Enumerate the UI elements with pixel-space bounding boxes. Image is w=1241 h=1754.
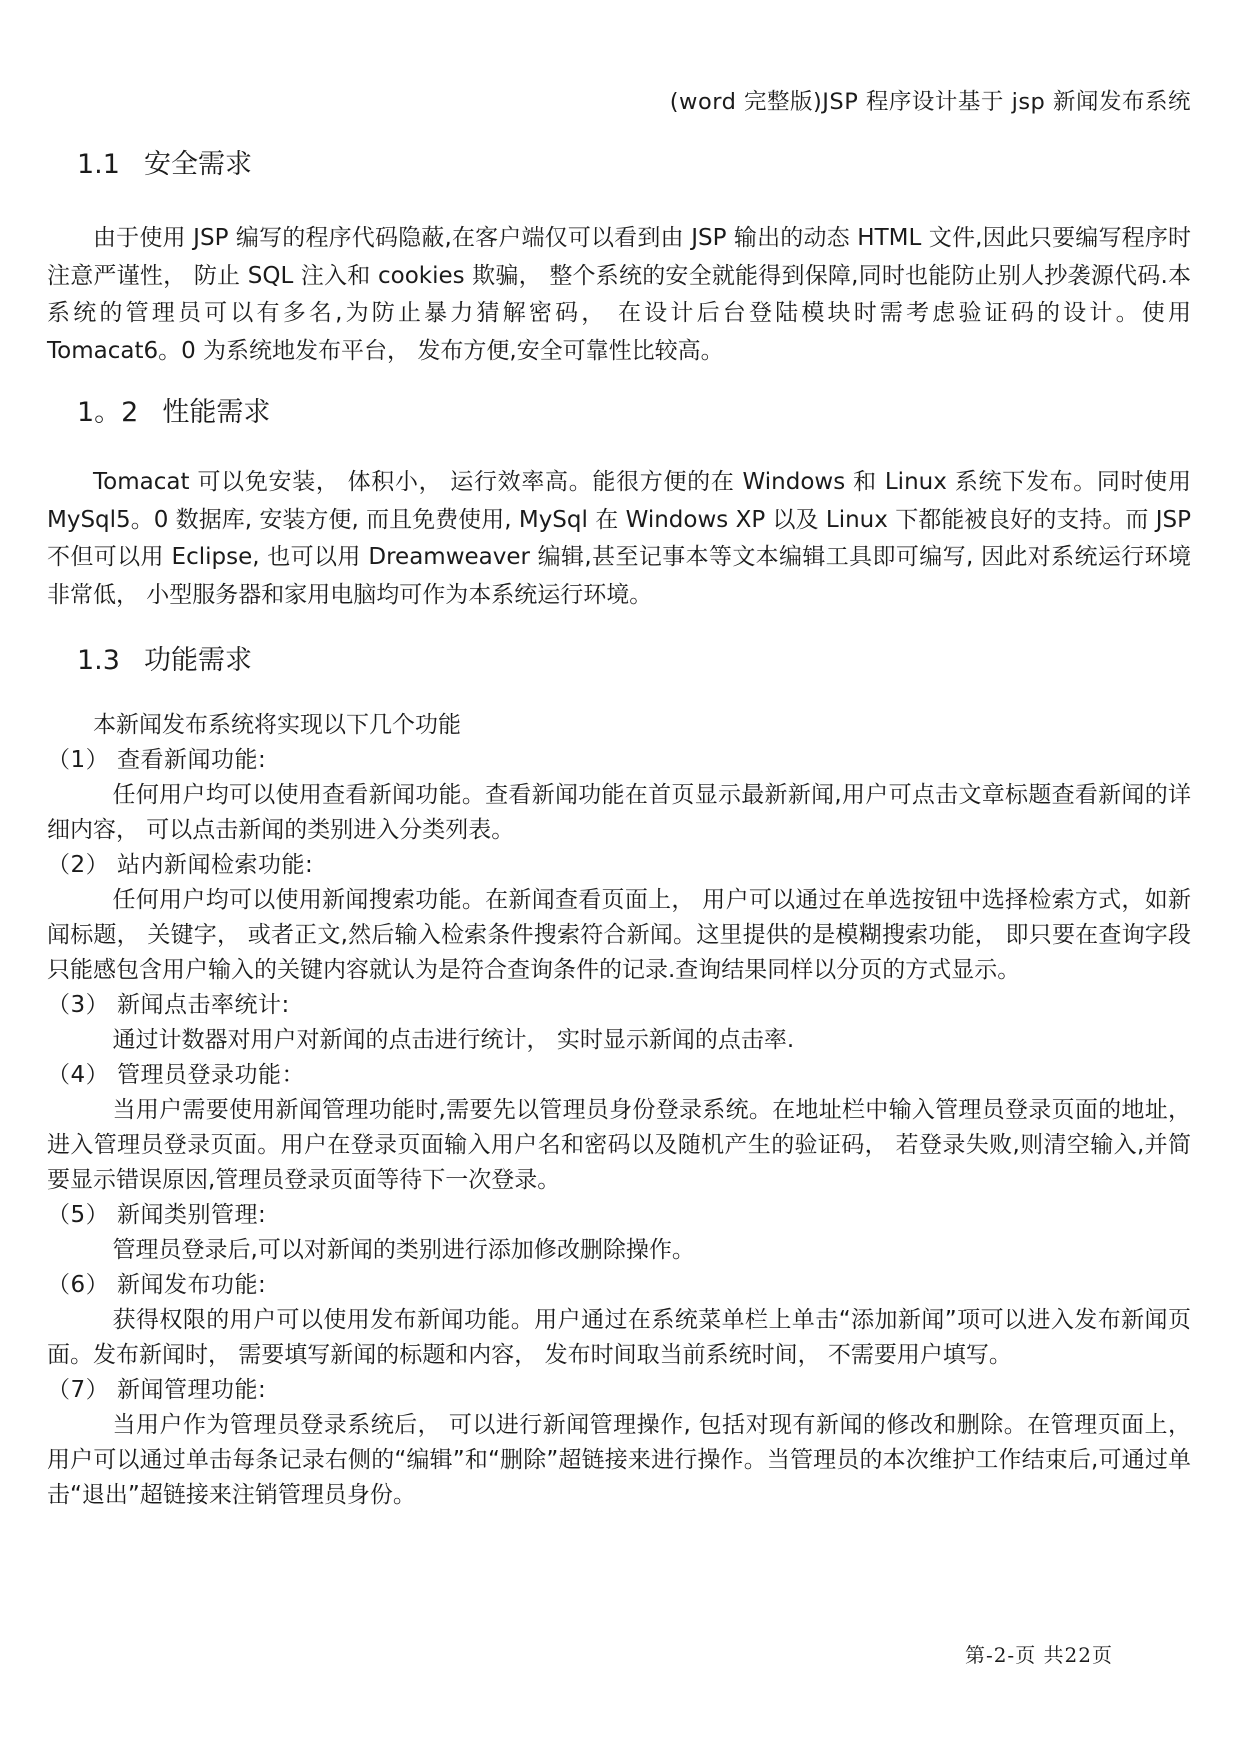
feature-description: 通过计数器对用户对新闻的点击进行统计， 实时显示新闻的点击率. (47, 1023, 1191, 1058)
feature-label: （1） 查看新闻功能: (47, 743, 1191, 778)
feature-label: （3） 新闻点击率统计: (47, 988, 1191, 1023)
section-performance-requirements: 1。2性能需求 Tomacat 可以免安装， 体积小， 运行效率高。能很方便的在… (47, 394, 1191, 614)
feature-label: （7） 新闻管理功能: (47, 1373, 1191, 1408)
section-heading: 1。2性能需求 (77, 394, 1191, 432)
feature-label: （4） 管理员登录功能： (47, 1058, 1191, 1093)
feature-description: 任何用户均可以使用查看新闻功能。查看新闻功能在首页显示最新新闻,用户可点击文章标… (47, 778, 1191, 848)
feature-description: 任何用户均可以使用新闻搜索功能。在新闻查看页面上， 用户可以通过在单选按钮中选择… (47, 883, 1191, 988)
feature-item: （2） 站内新闻检索功能: 任何用户均可以使用新闻搜索功能。在新闻查看页面上， … (47, 848, 1191, 988)
section-heading-text: 功能需求 (144, 645, 252, 676)
document-page: (word 完整版)JSP 程序设计基于 jsp 新闻发布系统 1.1安全需求 … (0, 0, 1241, 1754)
feature-item: （6） 新闻发布功能: 获得权限的用户可以使用发布新闻功能。用户通过在系统菜单栏… (47, 1268, 1191, 1373)
feature-description: 当用户作为管理员登录系统后， 可以进行新闻管理操作, 包括对现有新闻的修改和删除… (47, 1408, 1191, 1513)
feature-list-intro: 本新闻发布系统将实现以下几个功能 (47, 708, 1191, 743)
feature-label: （5） 新闻类别管理: (47, 1198, 1191, 1233)
section-security-requirements: 1.1安全需求 由于使用 JSP 编写的程序代码隐蔽,在客户端仅可以看到由 JS… (47, 146, 1191, 370)
section-heading-text: 性能需求 (162, 397, 270, 428)
feature-label: （2） 站内新闻检索功能: (47, 848, 1191, 883)
section-body-paragraph: Tomacat 可以免安装， 体积小， 运行效率高。能很方便的在 Windows… (47, 464, 1191, 614)
feature-item: （3） 新闻点击率统计: 通过计数器对用户对新闻的点击进行统计， 实时显示新闻的… (47, 988, 1191, 1058)
page-number-footer: 第-2-页 共22页 (965, 1639, 1113, 1668)
section-heading-number: 1.1 (77, 149, 120, 180)
feature-description: 管理员登录后,可以对新闻的类别进行添加修改删除操作。 (47, 1233, 1191, 1268)
feature-description: 当用户需要使用新闻管理功能时,需要先以管理员身份登录系统。在地址栏中输入管理员登… (47, 1093, 1191, 1198)
section-heading-text: 安全需求 (144, 149, 252, 180)
feature-item: （1） 查看新闻功能: 任何用户均可以使用查看新闻功能。查看新闻功能在首页显示最… (47, 743, 1191, 848)
feature-description: 获得权限的用户可以使用发布新闻功能。用户通过在系统菜单栏上单击“添加新闻”项可以… (47, 1303, 1191, 1373)
feature-item: （7） 新闻管理功能: 当用户作为管理员登录系统后， 可以进行新闻管理操作, 包… (47, 1373, 1191, 1513)
section-heading: 1.3功能需求 (77, 642, 1191, 680)
feature-item: （5） 新闻类别管理: 管理员登录后,可以对新闻的类别进行添加修改删除操作。 (47, 1198, 1191, 1268)
section-body-paragraph: 由于使用 JSP 编写的程序代码隐蔽,在客户端仅可以看到由 JSP 输出的动态 … (47, 220, 1191, 370)
document-header-title: (word 完整版)JSP 程序设计基于 jsp 新闻发布系统 (47, 88, 1191, 116)
section-heading: 1.1安全需求 (77, 146, 1191, 184)
feature-list: （1） 查看新闻功能: 任何用户均可以使用查看新闻功能。查看新闻功能在首页显示最… (47, 743, 1191, 1513)
section-functional-requirements: 1.3功能需求 本新闻发布系统将实现以下几个功能 （1） 查看新闻功能: 任何用… (47, 642, 1191, 1513)
feature-item: （4） 管理员登录功能： 当用户需要使用新闻管理功能时,需要先以管理员身份登录系… (47, 1058, 1191, 1198)
section-heading-number: 1。2 (77, 397, 138, 428)
feature-label: （6） 新闻发布功能: (47, 1268, 1191, 1303)
section-heading-number: 1.3 (77, 645, 120, 676)
